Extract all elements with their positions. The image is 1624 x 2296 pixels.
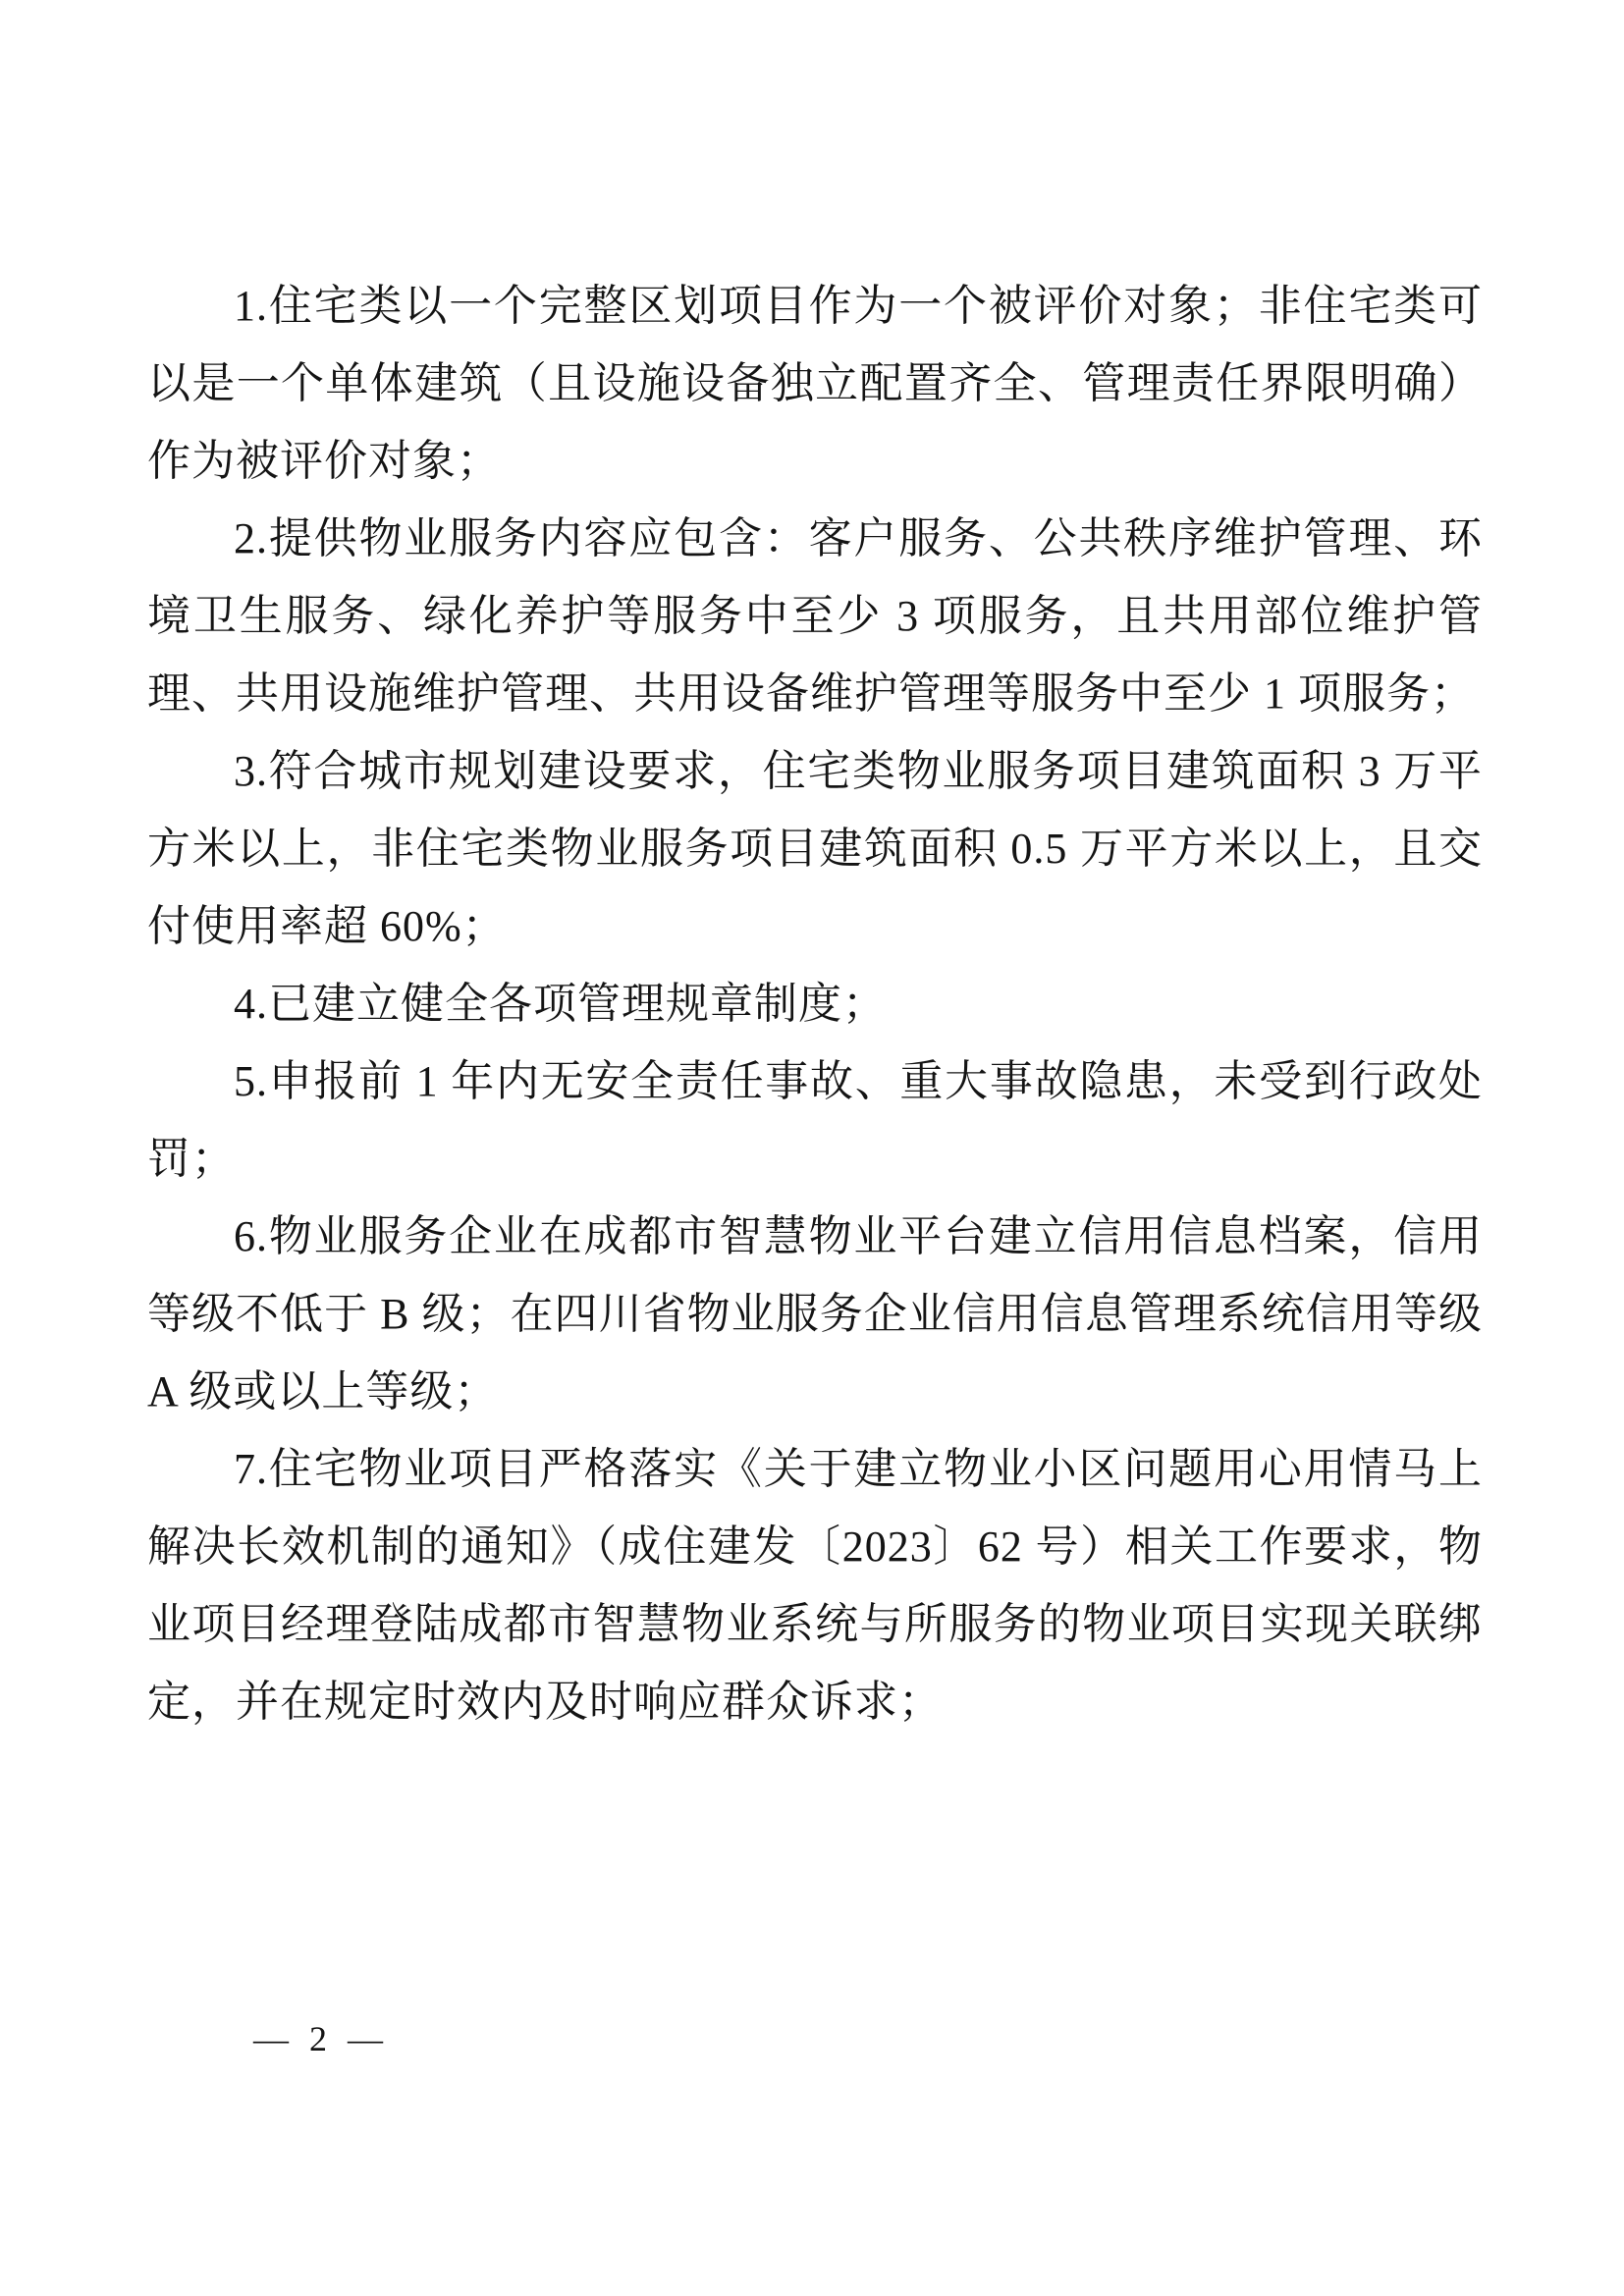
- paragraph-item-4: 4.已建立健全各项管理规章制度；: [147, 965, 1483, 1042]
- paragraph-item-6: 6.物业服务企业在成都市智慧物业平台建立信用信息档案，信用等级不低于 B 级；在…: [147, 1198, 1483, 1430]
- page-number: — 2 —: [253, 2018, 389, 2059]
- paragraph-item-5: 5.申报前 1 年内无安全责任事故、重大事故隐患，未受到行政处罚；: [147, 1042, 1483, 1198]
- paragraph-item-2: 2.提供物业服务内容应包含：客户服务、公共秩序维护管理、环境卫生服务、绿化养护等…: [147, 500, 1483, 732]
- paragraph-item-1: 1.住宅类以一个完整区划项目作为一个被评价对象；非住宅类可以是一个单体建筑（且设…: [147, 267, 1483, 500]
- document-page: 1.住宅类以一个完整区划项目作为一个被评价对象；非住宅类可以是一个单体建筑（且设…: [0, 0, 1624, 2296]
- paragraph-item-3: 3.符合城市规划建设要求，住宅类物业服务项目建筑面积 3 万平方米以上，非住宅类…: [147, 732, 1483, 965]
- paragraph-item-7: 7.住宅物业项目严格落实《关于建立物业小区问题用心用情马上解决长效机制的通知》（…: [147, 1430, 1483, 1740]
- document-body: 1.住宅类以一个完整区划项目作为一个被评价对象；非住宅类可以是一个单体建筑（且设…: [147, 267, 1483, 1740]
